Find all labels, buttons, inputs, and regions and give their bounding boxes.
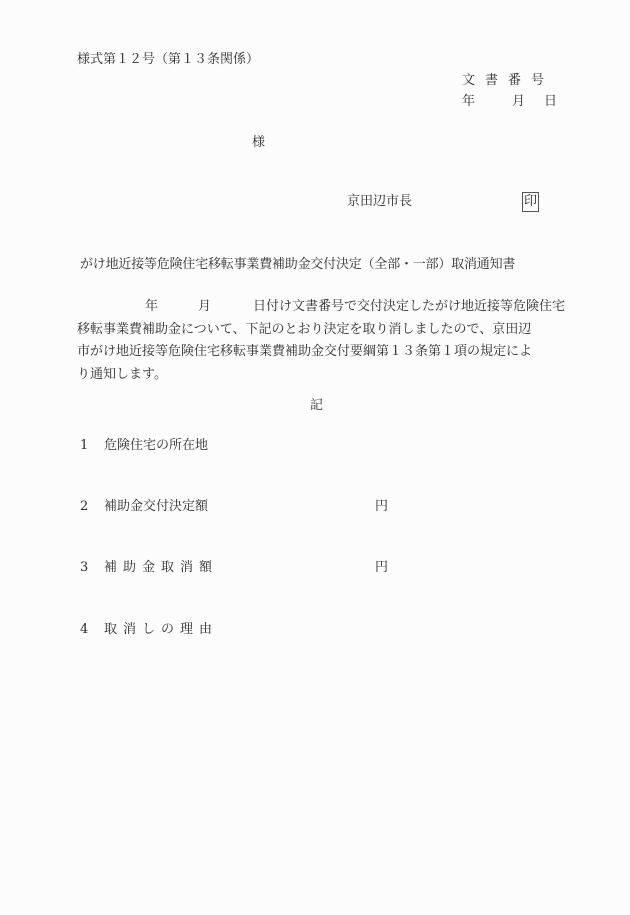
body-month: 月 [198,299,211,314]
document-title: がけ地近接等危険住宅移転事業費補助金交付決定（全部・一部）取消通知書 [80,257,515,273]
yen-unit: 円 [375,560,388,576]
body-line-1: 年月日付け文書番号で交付決定したがけ地近接等危険住宅 [77,296,557,319]
yen-unit: 円 [375,499,388,515]
list-item-grant-decision-amount: 2補助金交付決定額 [80,499,208,515]
date-year-label: 年 [462,94,512,110]
item-label: 補助金取消額 [104,560,218,575]
body-line-3: 市がけ地近接等危険住宅移転事業費補助金交付要綱第１３条第１項の規定によ [77,341,557,364]
item-label: 補助金交付決定額 [104,499,208,514]
item-label: 取消しの理由 [104,622,218,637]
list-item-location: 1危険住宅の所在地 [80,438,208,454]
body-paragraph: 年月日付け文書番号で交付決定したがけ地近接等危険住宅 移転事業費補助金について、… [77,296,557,386]
item-number: 3 [80,560,104,576]
document-number-label: 文書番号 [462,73,554,89]
document-date: 年月日 [462,94,557,110]
list-item-cancellation-amount: 3補助金取消額 [80,560,218,576]
item-number: 2 [80,499,104,515]
item-label: 危険住宅の所在地 [104,438,208,453]
seal-mark: 印 [522,192,539,212]
issuer-name: 京田辺市長 [347,194,412,210]
item-number: 1 [80,438,104,454]
addressee-honorific: 様 [252,135,265,151]
list-item-cancellation-reason: 4取消しの理由 [80,622,218,638]
form-number: 様式第１２号（第１３条関係） [77,52,259,68]
body-line-2: 移転事業費補助金について、下記のとおり決定を取り消しましたので、京田辺 [77,319,557,342]
date-month-label: 月 [512,94,544,110]
date-day-label: 日 [544,94,557,110]
item-number: 4 [80,622,104,638]
body-year: 年 [145,299,158,314]
ki-heading: 記 [310,398,323,414]
body-line-1-text: 日付け文書番号で交付決定したがけ地近接等危険住宅 [253,299,565,314]
body-line-4: り通知します。 [77,364,557,387]
